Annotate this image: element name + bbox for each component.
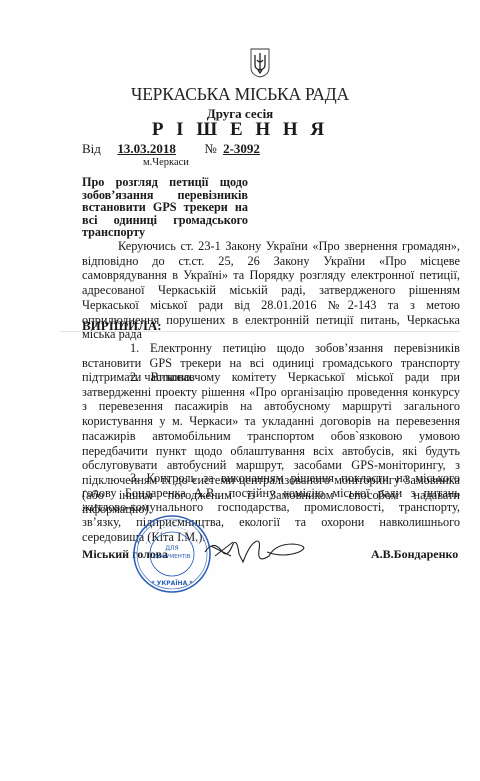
city-label: м.Черкаси bbox=[143, 157, 189, 168]
decision-number: 2-3092 bbox=[220, 141, 260, 157]
document-page: ЧЕРКАСЬКА МІСЬКА РАДА Друга сесія Р І Ш … bbox=[0, 0, 480, 781]
document-type-title: Р І Ш Е Н Н Я bbox=[0, 119, 480, 141]
signature-icon bbox=[203, 530, 313, 570]
official-stamp-icon: ДЛЯ ДОКУМЕНТІВ * УКРАЇНА * bbox=[132, 514, 212, 594]
date-number-line: Від 13.03.2018 № 2-3092 bbox=[82, 141, 260, 157]
decision-subject: Про розгляд петиції щодо зобов’язання пе… bbox=[82, 176, 248, 239]
stamp-center-text-2: ДОКУМЕНТІВ bbox=[154, 554, 191, 560]
signatory-name: А.В.Бондаренко bbox=[371, 547, 458, 562]
number-prefix: № bbox=[204, 141, 216, 157]
stamp-center-text-1: ДЛЯ bbox=[165, 545, 178, 552]
resolved-heading: ВИРІШИЛА: bbox=[82, 318, 162, 334]
date-prefix: Від bbox=[82, 141, 101, 157]
trident-coat-of-arms-icon bbox=[250, 48, 270, 78]
council-name: ЧЕРКАСЬКА МІСЬКА РАДА bbox=[0, 84, 480, 105]
decision-date: 13.03.2018 bbox=[117, 141, 176, 157]
stamp-bottom-text: * УКРАЇНА * bbox=[152, 580, 194, 587]
